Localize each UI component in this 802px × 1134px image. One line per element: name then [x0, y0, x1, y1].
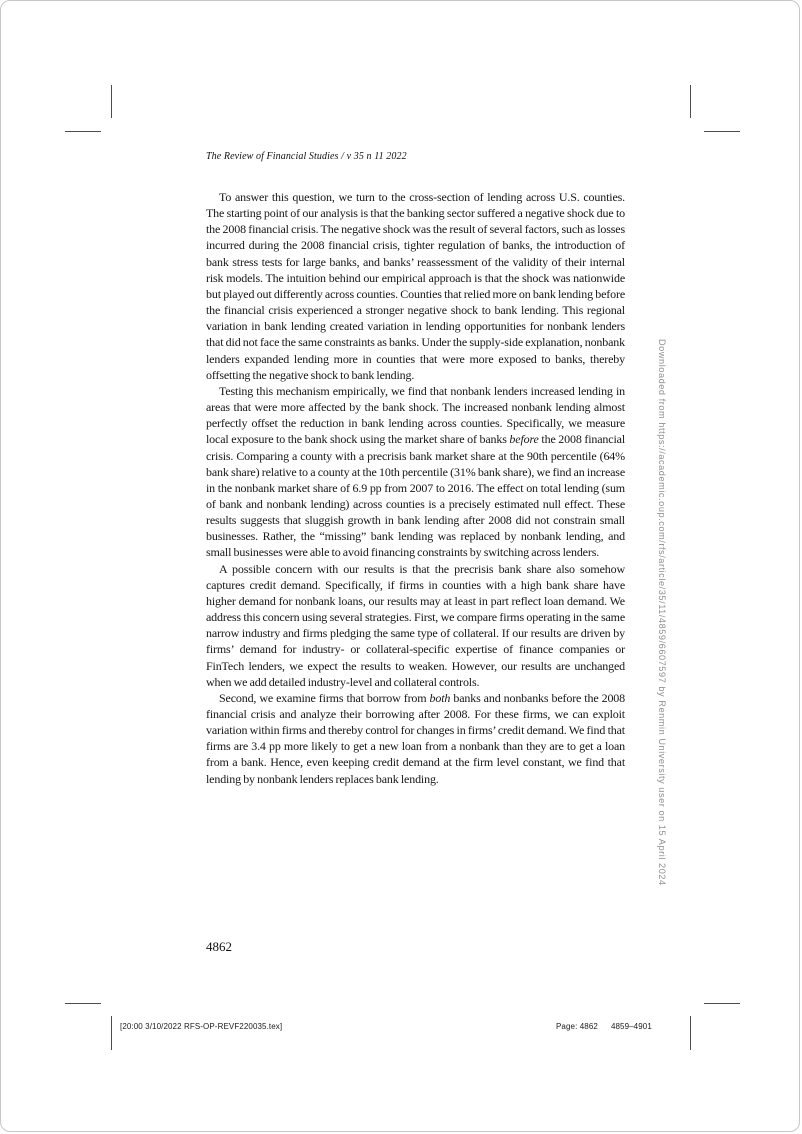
journal-page: The Review of Financial Studies / v 35 n… — [0, 0, 800, 1132]
footer-page-label: Page: 4862 — [556, 1022, 598, 1031]
download-watermark: Downloaded from https://academic.oup.com… — [657, 339, 667, 886]
paragraph: A possible concern with our results is t… — [206, 561, 625, 690]
crop-mark-bottom-left-horizontal — [65, 1003, 101, 1004]
journal-running-head: The Review of Financial Studies / v 35 n… — [206, 151, 407, 162]
crop-mark-top-left-vertical — [111, 85, 112, 118]
paragraph: To answer this question, we turn to the … — [206, 189, 625, 383]
footer-page-range: 4859–4901 — [611, 1022, 652, 1031]
paragraph: Second, we examine firms that borrow fro… — [206, 690, 625, 787]
crop-mark-top-left-horizontal — [65, 131, 101, 132]
footer-page-info: Page: 4862 4859–4901 — [556, 1022, 652, 1031]
crop-mark-bottom-right-vertical — [690, 1016, 691, 1050]
crop-mark-top-right-vertical — [690, 85, 691, 118]
crop-mark-bottom-right-horizontal — [704, 1003, 740, 1004]
footer-typeset-info: [20:00 3/10/2022 RFS-OP-REVF220035.tex] — [120, 1022, 282, 1031]
page-number: 4862 — [206, 939, 232, 955]
crop-mark-bottom-left-vertical — [111, 1016, 112, 1050]
article-body: To answer this question, we turn to the … — [206, 189, 625, 787]
paragraph: Testing this mechanism empirically, we f… — [206, 383, 625, 561]
crop-mark-top-right-horizontal — [704, 131, 740, 132]
